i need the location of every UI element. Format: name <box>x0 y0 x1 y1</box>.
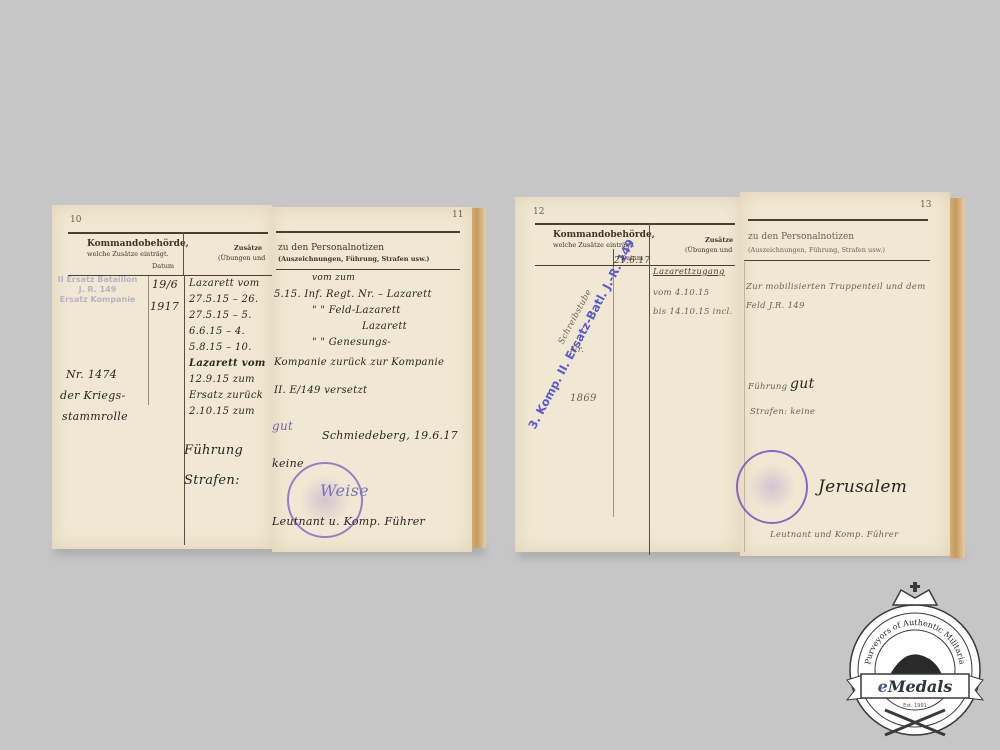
handwritten-entry: Lazarett vom <box>189 358 266 369</box>
conduct-value: gut <box>272 419 293 433</box>
date-label: Datum <box>152 263 174 270</box>
handwritten-line: Feld J.R. 149 <box>746 301 805 311</box>
faded-unit-stamp: II Ersatz Bataillon J. R. 149 Ersatz Kom… <box>55 275 140 305</box>
header-title: zu den Personalnotizen <box>748 232 854 242</box>
handwritten-line: vom zum <box>312 273 355 283</box>
handwritten-entry: Lazarett vom <box>189 278 260 289</box>
handwritten-entry: 5.8.15 – 10. <box>189 342 252 353</box>
handwritten-note: Nr. 1474 <box>66 368 117 381</box>
conduct-label: Führung <box>184 443 243 458</box>
col-subtitle: (Übungen und <box>685 247 732 254</box>
handwritten-entry: vom 4.10.15 <box>653 288 709 298</box>
header-title: Kommandobehörde, <box>87 239 189 249</box>
header-rule <box>535 223 735 225</box>
handwritten-note: Nr. <box>570 345 584 355</box>
brand-text: Medals <box>887 677 953 696</box>
punishment-value: keine <box>272 457 304 470</box>
place-date: Schmiedeberg, 19.6.17 <box>322 429 458 442</box>
handwritten-entry: 6.6.15 – 4. <box>189 326 245 337</box>
handwritten-entry: Ersatz zurück <box>189 390 263 401</box>
emedals-watermark-logo: eMedals Purveyors of Authentic Militaria… <box>845 580 985 745</box>
photo-scene: 10 Kommandobehörde, welche Zusätze eintr… <box>0 0 1000 750</box>
handwritten-note: stammrolle <box>62 410 128 423</box>
column-line <box>184 275 185 545</box>
col-subtitle: (Übungen und <box>218 255 265 262</box>
column-divider <box>183 232 184 276</box>
handwritten-entry: bis 14.10.15 incl. <box>653 307 733 317</box>
handwritten-line: Zur mobilisierten Truppenteil und dem <box>746 282 926 292</box>
page-number: 13 <box>920 200 931 210</box>
header-title: zu den Personalnotizen <box>278 243 384 253</box>
header-rule <box>68 232 268 234</box>
page-number: 10 <box>70 215 81 225</box>
header-title: Kommandobehörde, <box>553 230 655 240</box>
col-title: Zusätze <box>234 245 262 252</box>
right-book-page-13: 13 zu den Personalnotizen (Auszeichnunge… <box>740 192 950 556</box>
handwritten-entry: Lazarettzugang <box>653 267 725 277</box>
handwritten-note: 1869 <box>570 393 597 404</box>
handwritten-line: 5.15. Inf. Regt. Nr. – Lazarett <box>274 289 432 300</box>
signature-title: Leutnant und Komp. Führer <box>770 530 898 540</box>
date-column-line <box>613 267 614 517</box>
handwritten-line: Kompanie zurück zur Kompanie <box>274 357 444 368</box>
emedals-crest-icon: eMedals Purveyors of Authentic Militaria… <box>845 580 985 745</box>
punishment-line: Strafen: keine <box>750 407 815 417</box>
signature: Weise <box>320 481 369 500</box>
conduct-label: Führung <box>748 382 787 392</box>
conduct-value: gut <box>790 376 815 392</box>
handwritten-date: 19/6 <box>152 278 178 291</box>
header-subtitle: (Auszeichnungen, Führung, Strafen usw.) <box>278 256 429 263</box>
svg-text:Est. 1991: Est. 1991 <box>903 703 927 709</box>
header-subtitle: (Auszeichnungen, Führung, Strafen usw.) <box>748 247 885 254</box>
right-book-page-12: 12 Kommandobehörde, welche Zusätze eintr… <box>515 197 740 552</box>
header-rule <box>748 219 928 221</box>
handwritten-entry: 12.9.15 zum <box>189 374 255 385</box>
handwritten-date: 21.6.17 <box>614 256 650 266</box>
handwritten-line: Lazarett <box>362 321 407 332</box>
handwritten-note: der Kriegs- <box>60 389 126 402</box>
header-subtitle: welche Zusätze einträgt. <box>87 251 169 258</box>
signature-title: Leutnant u. Komp. Führer <box>272 515 425 528</box>
page-number: 11 <box>452 210 463 220</box>
header-rule <box>276 231 460 233</box>
handwritten-entry: 27.5.15 – 5. <box>189 310 252 321</box>
punishment-label: Strafen: <box>184 473 240 488</box>
handwritten-line: II. E/149 versetzt <box>274 385 367 396</box>
page-number: 12 <box>533 207 544 217</box>
handwritten-year: 1917 <box>150 300 179 313</box>
col-title: Zusätze <box>705 237 733 244</box>
column-line <box>649 265 650 555</box>
header-bottom-rule <box>744 260 930 261</box>
handwritten-entry: 2.10.15 zum <box>189 406 255 417</box>
date-column-line <box>148 275 149 405</box>
handwritten-entry: 27.5.15 – 26. <box>189 294 258 305</box>
handwritten-line: " " Genesungs- <box>312 337 391 348</box>
left-book-page-10: 10 Kommandobehörde, welche Zusätze eintr… <box>52 205 272 549</box>
handwritten-line: " " Feld-Lazarett <box>312 305 401 316</box>
header-bottom-rule <box>276 269 460 270</box>
signature: Jerusalem <box>818 477 907 497</box>
left-book-page-11: 11 zu den Personalnotizen (Auszeichnunge… <box>272 207 472 552</box>
purple-round-stamp <box>736 450 808 524</box>
svg-text:eMedals: eMedals <box>878 677 953 696</box>
